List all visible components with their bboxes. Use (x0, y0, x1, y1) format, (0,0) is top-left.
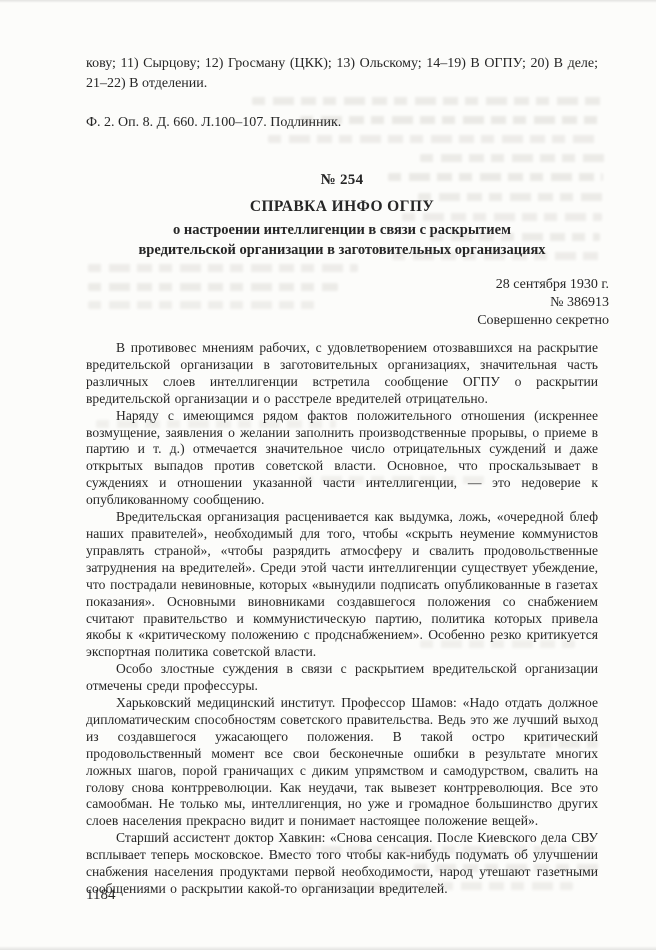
document-ref-number: № 386913 (86, 294, 609, 312)
classification-label: Совершенно секретно (86, 312, 609, 330)
previous-document-continuation: кову; 11) Сырцову; 12) Гросману (ЦКК); 1… (86, 54, 598, 94)
document-content: кову; 11) Сырцову; 12) Гросману (ЦКК); 1… (86, 54, 598, 898)
document-meta-block: 28 сентября 1930 г. № 386913 Совершенно … (86, 276, 609, 330)
document-title: СПРАВКА ИНФО ОГПУ (86, 199, 598, 215)
scan-edge-shadow-top (0, 0, 656, 3)
body-paragraph: Особо злостные суждения в связи с раскры… (86, 661, 598, 695)
document-subtitle-line: о настроении интеллигенции в связи с рас… (86, 220, 598, 240)
document-subtitle: о настроении интеллигенции в связи с рас… (86, 220, 598, 260)
document-body: В противовес мнениям рабочих, с удовлетв… (86, 340, 598, 898)
body-paragraph: В противовес мнениям рабочих, с удовлетв… (86, 340, 598, 408)
scan-edge-shadow-bottom (0, 946, 656, 950)
body-paragraph: Харьковский медицинский институт. Профес… (86, 695, 598, 830)
page-number: 1184 (86, 887, 115, 903)
document-date: 28 сентября 1930 г. (86, 276, 609, 294)
document-subtitle-line: вредительской организации в заготовитель… (86, 240, 598, 260)
body-paragraph: Наряду с имеющимся рядом фактов положите… (86, 408, 598, 509)
document-number-heading: № 254 (86, 173, 598, 188)
archive-reference: Ф. 2. Оп. 8. Д. 660. Л.100–107. Подлинни… (86, 115, 598, 130)
scanned-document-page: кову; 11) Сырцову; 12) Гросману (ЦКК); 1… (0, 0, 656, 950)
body-paragraph: Старший ассистент доктор Хавкин: «Снова … (86, 830, 598, 898)
body-paragraph: Вредительская организация расценивается … (86, 509, 598, 661)
